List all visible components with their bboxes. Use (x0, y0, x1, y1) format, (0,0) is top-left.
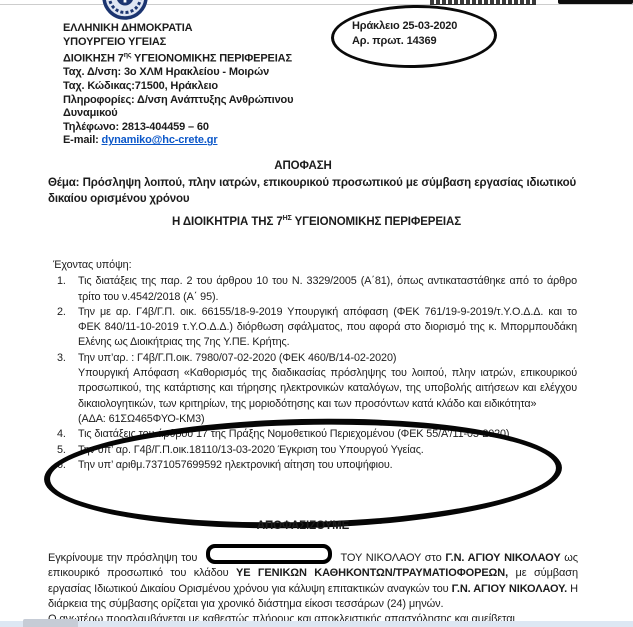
consideration-item: 4.Τις διατάξεις του άρθρου 17 της Πράξης… (53, 427, 577, 442)
org-line-republic: ΕΛΛΗΝΙΚΗ ΔΗΜΟΚΡΑΤΙΑ (63, 22, 341, 36)
name-redaction-box (206, 544, 332, 564)
top-hairline (0, 4, 633, 5)
consideration-number: 6. (57, 458, 66, 473)
resolution-segment: Γ.Ν. ΑΓΙΟΥ ΝΙΚΟΛΑΟΥ. (452, 583, 568, 595)
info-line: Πληροφορίες: Δ/νση Ανάπτυξης Ανθρώπινου (63, 94, 341, 108)
cropped-underlined-text (430, 0, 536, 5)
email-link[interactable]: dynamiko@hc-crete.gr (102, 134, 218, 146)
considerations-list: 1.Τις διατάξεις της παρ. 2 του άρθρου 10… (53, 274, 577, 473)
resolution-text: Εγκρίνουμε την πρόσληψη του ΤΟΥ ΝΙΚΟΛΑΟΥ… (48, 544, 578, 612)
consideration-number: 2. (57, 305, 66, 320)
org-line-ministry: ΥΠΟΥΡΓΕΙΟ ΥΓΕΙΑΣ (63, 36, 341, 50)
consideration-text: Την με αρ. Γ4β/Γ.Π. οικ. 66155/18-9-2019… (78, 305, 577, 351)
consideration-text: Την υπ’ αρ. Γ4β/Γ.Π.οικ.18110/13-03-2020… (78, 443, 577, 458)
protocol-number: Αρ. πρωτ. 14369 (352, 34, 457, 49)
email-label: E-mail: (63, 134, 102, 146)
considerations-section: Έχοντας υπόψη: 1.Τις διατάξεις της παρ. … (53, 258, 577, 473)
info-line-cont: Δυναμικού (63, 107, 341, 121)
org-line-administration: ΔΙΟΙΚΗΣΗ 7ης ΥΓΕΙΟΝΟΜΙΚΗΣ ΠΕΡΙΦΕΡΕΙΑΣ (63, 49, 341, 66)
resolution-segment: Γ.Ν. ΑΓΙΟΥ ΝΙΚΟΛΑΟΥ (445, 552, 560, 564)
coat-of-arms-logo (102, 0, 148, 20)
consideration-text: (ΑΔΑ: 61ΣΩ465ΦΥΟ-ΚΜ3) (78, 412, 577, 427)
agency-header-block: ΕΛΛΗΝΙΚΗ ΔΗΜΟΚΡΑΤΙΑ ΥΠΟΥΡΓΕΙΟ ΥΓΕΙΑΣ ΔΙΟ… (63, 22, 341, 148)
consideration-item: 6.Την υπ’ αριθμ.7371057699592 ηλεκτρονικ… (53, 458, 577, 473)
consideration-item: 2.Την με αρ. Γ4β/Γ.Π. οικ. 66155/18-9-20… (53, 305, 577, 351)
consideration-number: 4. (57, 427, 66, 442)
consideration-text: Υπουργική Απόφαση «Καθορισμός της διαδικ… (78, 366, 577, 412)
considerations-intro: Έχοντας υπόψη: (53, 258, 577, 273)
phone-line: Τηλέφωνο: 2813-404459 – 60 (63, 121, 341, 135)
resolution-paragraph: Εγκρίνουμε την πρόσληψη του ΤΟΥ ΝΙΚΟΛΑΟΥ… (48, 544, 578, 627)
consideration-item: 1.Τις διατάξεις της παρ. 2 του άρθρου 10… (53, 274, 577, 305)
consideration-text: Τις διατάξεις της παρ. 2 του άρθρου 10 τ… (78, 274, 577, 305)
top-right-redaction-bar (558, 0, 633, 4)
decision-heading: ΑΠΟΦΑΣΗ (0, 160, 606, 172)
consideration-number: 5. (57, 443, 66, 458)
consideration-number: 3. (57, 351, 66, 366)
resolution-heading: ΑΠΟΦΑΣΙΖΟΥΜΕ (0, 520, 606, 532)
window-bottom-edge (0, 621, 633, 627)
postal-address-line: Ταχ. Δ/νση: 3ο ΧΛΜ Ηρακλείου - Μοιρών (63, 66, 341, 80)
city-date: Ηράκλειο 25-03-2020 (352, 19, 457, 34)
consideration-item: 5.Την υπ’ αρ. Γ4β/Γ.Π.οικ.18110/13-03-20… (53, 443, 577, 458)
bottom-ui-fragment (23, 619, 78, 627)
resolution-segment: Εγκρίνουμε την πρόσληψη του (48, 552, 201, 564)
consideration-text: Την υπ’ αριθμ.7371057699592 ηλεκτρονική … (78, 458, 577, 473)
resolution-segment: ΥΕ ΓΕΝΙΚΩΝ ΚΑΘΗΚΟΝΤΩΝ/ΤΡΑΥΜΑΤΙΟΦΟΡΕΩΝ, (236, 567, 508, 579)
subject-line: Θέμα: Πρόσληψη λοιπού, πλην ιατρών, επικ… (48, 176, 576, 207)
coat-of-arms-icon (102, 0, 148, 20)
consideration-number: 1. (57, 274, 66, 289)
document-page: ΕΛΛΗΝΙΚΗ ΔΗΜΟΚΡΑΤΙΑ ΥΠΟΥΡΓΕΙΟ ΥΓΕΙΑΣ ΔΙΟ… (0, 0, 633, 627)
consideration-text: Τις διατάξεις του άρθρου 17 της Πράξης Ν… (78, 427, 577, 442)
email-line: E-mail: dynamiko@hc-crete.gr (63, 134, 341, 148)
resolution-segment: ΤΟΥ ΝΙΚΟΛΑΟΥ στο (337, 552, 445, 564)
authority-line: Η ΔΙΟΙΚΗΤΡΙΑ ΤΗΣ 7ΗΣ ΥΓΕΙΟΝΟΜΙΚΗΣ ΠΕΡΙΦΕ… (0, 215, 633, 228)
protocol-block: Ηράκλειο 25-03-2020 Αρ. πρωτ. 14369 (352, 19, 457, 49)
postal-code-line: Ταχ. Κώδικας:71500, Ηράκλειο (63, 80, 341, 94)
consideration-text: Την υπ’αρ. : Γ4β/Γ.Π.οικ. 7980/07-02-202… (78, 351, 577, 366)
consideration-item: 3.Την υπ’αρ. : Γ4β/Γ.Π.οικ. 7980/07-02-2… (53, 351, 577, 427)
